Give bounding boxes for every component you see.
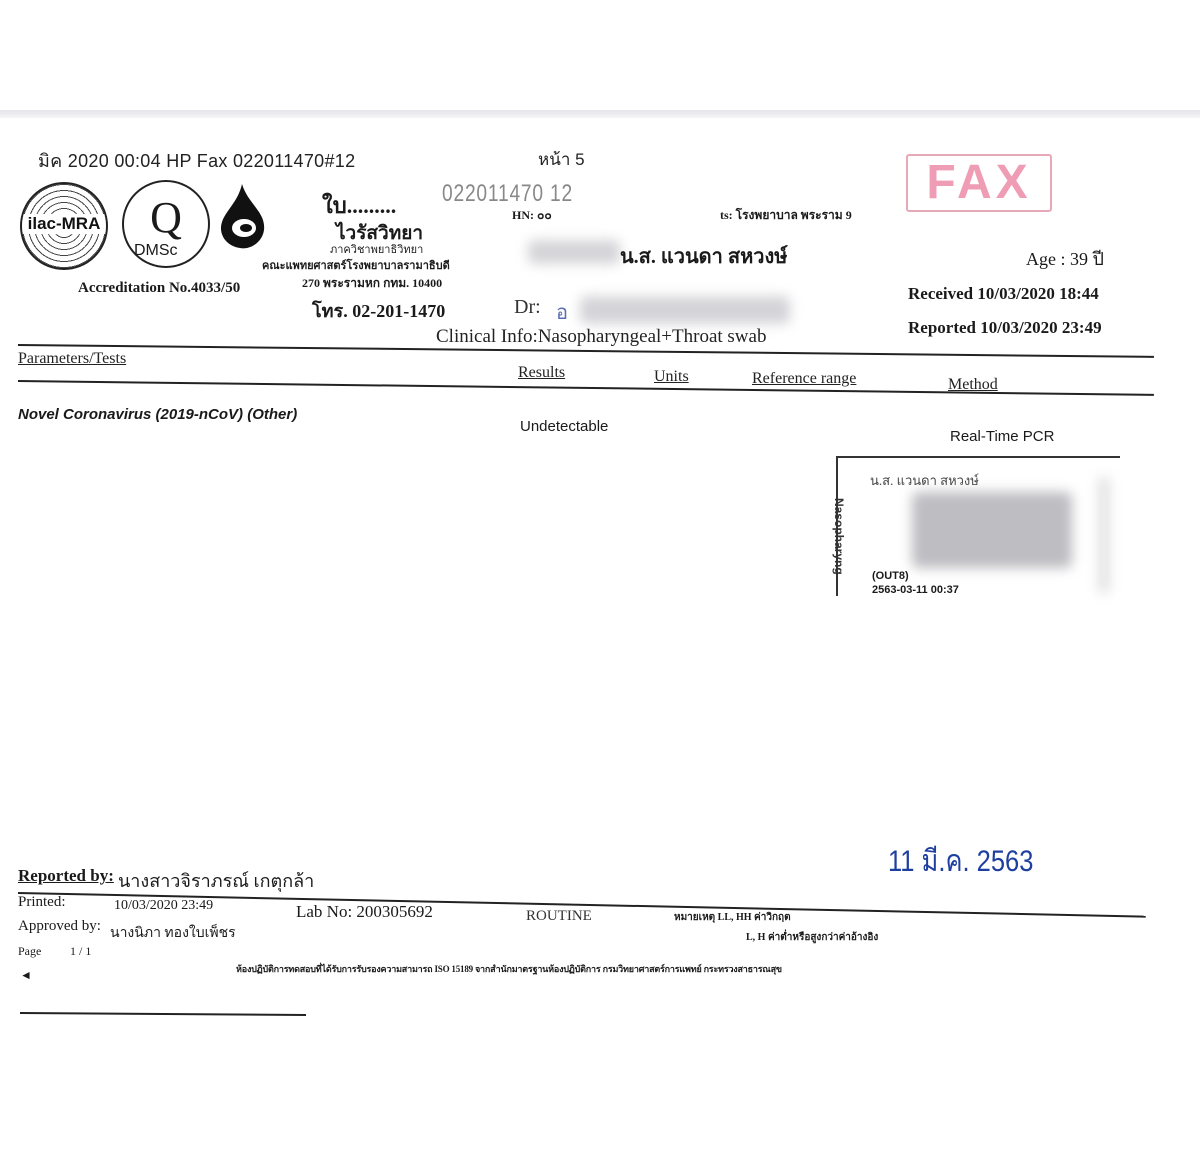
ward-label: ts: โรงพยาบาล พระราม 9 bbox=[720, 206, 852, 225]
table-row-method: Real-Time PCR bbox=[950, 428, 1054, 445]
received-timestamp: Received 10/03/2020 18:44 bbox=[908, 284, 1099, 304]
col-header-tests: Parameters/Tests bbox=[18, 350, 126, 368]
doctor-initial: อ bbox=[556, 296, 568, 328]
col-header-reference: Reference range bbox=[752, 370, 856, 388]
specimen-label-type: Nasopharyng bbox=[832, 498, 846, 575]
hn-label: HN: ๐๐ bbox=[512, 206, 552, 225]
signature-line bbox=[20, 1012, 306, 1016]
note-range: L, H ค่าต่ำหรือสูงกว่าค่าอ้างอิง bbox=[746, 930, 878, 945]
paper-edge bbox=[0, 110, 1200, 118]
col-header-method: Method bbox=[948, 376, 998, 394]
redacted-specimen-info bbox=[912, 492, 1072, 568]
approved-by-label: Approved by: bbox=[18, 918, 101, 935]
patient-age: Age : 39 ปี bbox=[1026, 244, 1104, 273]
fax-header-line: มิค 2020 00:04 HP Fax 022011470#12 bbox=[38, 146, 355, 175]
reported-timestamp: Reported 10/03/2020 23:49 bbox=[908, 318, 1102, 338]
doctor-label: Dr: bbox=[514, 296, 541, 319]
redacted-doctor-name bbox=[580, 296, 790, 324]
patient-name: น.ส. แวนดา สหวงษ์ bbox=[620, 240, 787, 272]
ilac-mra-logo: ilac-MRA bbox=[20, 182, 108, 270]
specimen-label-name: น.ส. แวนดา สหวงษ์ bbox=[870, 470, 979, 491]
dmsc-quality-logo: Q DMSc bbox=[122, 180, 210, 268]
page-value: 1 / 1 bbox=[70, 944, 91, 959]
lab-number: Lab No: 200305692 bbox=[296, 902, 433, 922]
label-edge bbox=[1098, 476, 1110, 594]
col-header-results: Results bbox=[518, 364, 565, 382]
approved-by-name: นางนิภา ทองใบเพ็ชร bbox=[110, 922, 236, 944]
page-label: Page bbox=[18, 944, 41, 959]
col-header-units: Units bbox=[654, 368, 689, 386]
faculty-name: คณะแพทยศาสตร์โรงพยาบาลรามาธิบดี bbox=[262, 256, 450, 274]
reported-by-label: Reported by: bbox=[18, 866, 114, 886]
reported-by-name: นางสาวจิราภรณ์ เกตุกล้า bbox=[118, 866, 314, 895]
institution-address: 270 พระรามหก กทม. 10400 bbox=[302, 274, 442, 293]
arrow-left-icon: ◄ bbox=[20, 968, 32, 983]
redacted-patient-id bbox=[528, 240, 620, 264]
iso-accreditation-note: ห้องปฏิบัติการทดสอบที่ได้รับการรับรองควา… bbox=[236, 962, 782, 976]
printed-value: 10/03/2020 23:49 bbox=[114, 898, 213, 914]
specimen-label-datetime: 2563-03-11 00:37 bbox=[872, 584, 959, 596]
note-critical: หมายเหตุ LL, HH ค่าวิกฤต bbox=[674, 910, 791, 925]
hospital-logo bbox=[218, 184, 266, 250]
clinical-info: Clinical Info:Nasopharyngeal+Throat swab bbox=[436, 326, 766, 348]
top-margin bbox=[0, 0, 1200, 112]
fax-stamp: FAX bbox=[906, 154, 1052, 212]
received-date-stamp: 11 มี.ค. 2563 bbox=[888, 838, 1033, 885]
accreditation-number: Accreditation No.4033/50 bbox=[78, 280, 240, 297]
printed-label: Printed: bbox=[18, 894, 66, 911]
table-row-test-name: Novel Coronavirus (2019-nCoV) (Other) bbox=[18, 406, 297, 423]
fax-number-stamp: 022011470 12 bbox=[442, 180, 573, 208]
specimen-label-code: (OUT8) bbox=[872, 570, 909, 582]
table-row-result: Undetectable bbox=[520, 418, 608, 435]
fax-page-label: หน้า 5 bbox=[538, 146, 585, 173]
institution-phone: โทร. 02-201-1470 bbox=[312, 296, 445, 325]
priority-label: ROUTINE bbox=[526, 908, 592, 925]
